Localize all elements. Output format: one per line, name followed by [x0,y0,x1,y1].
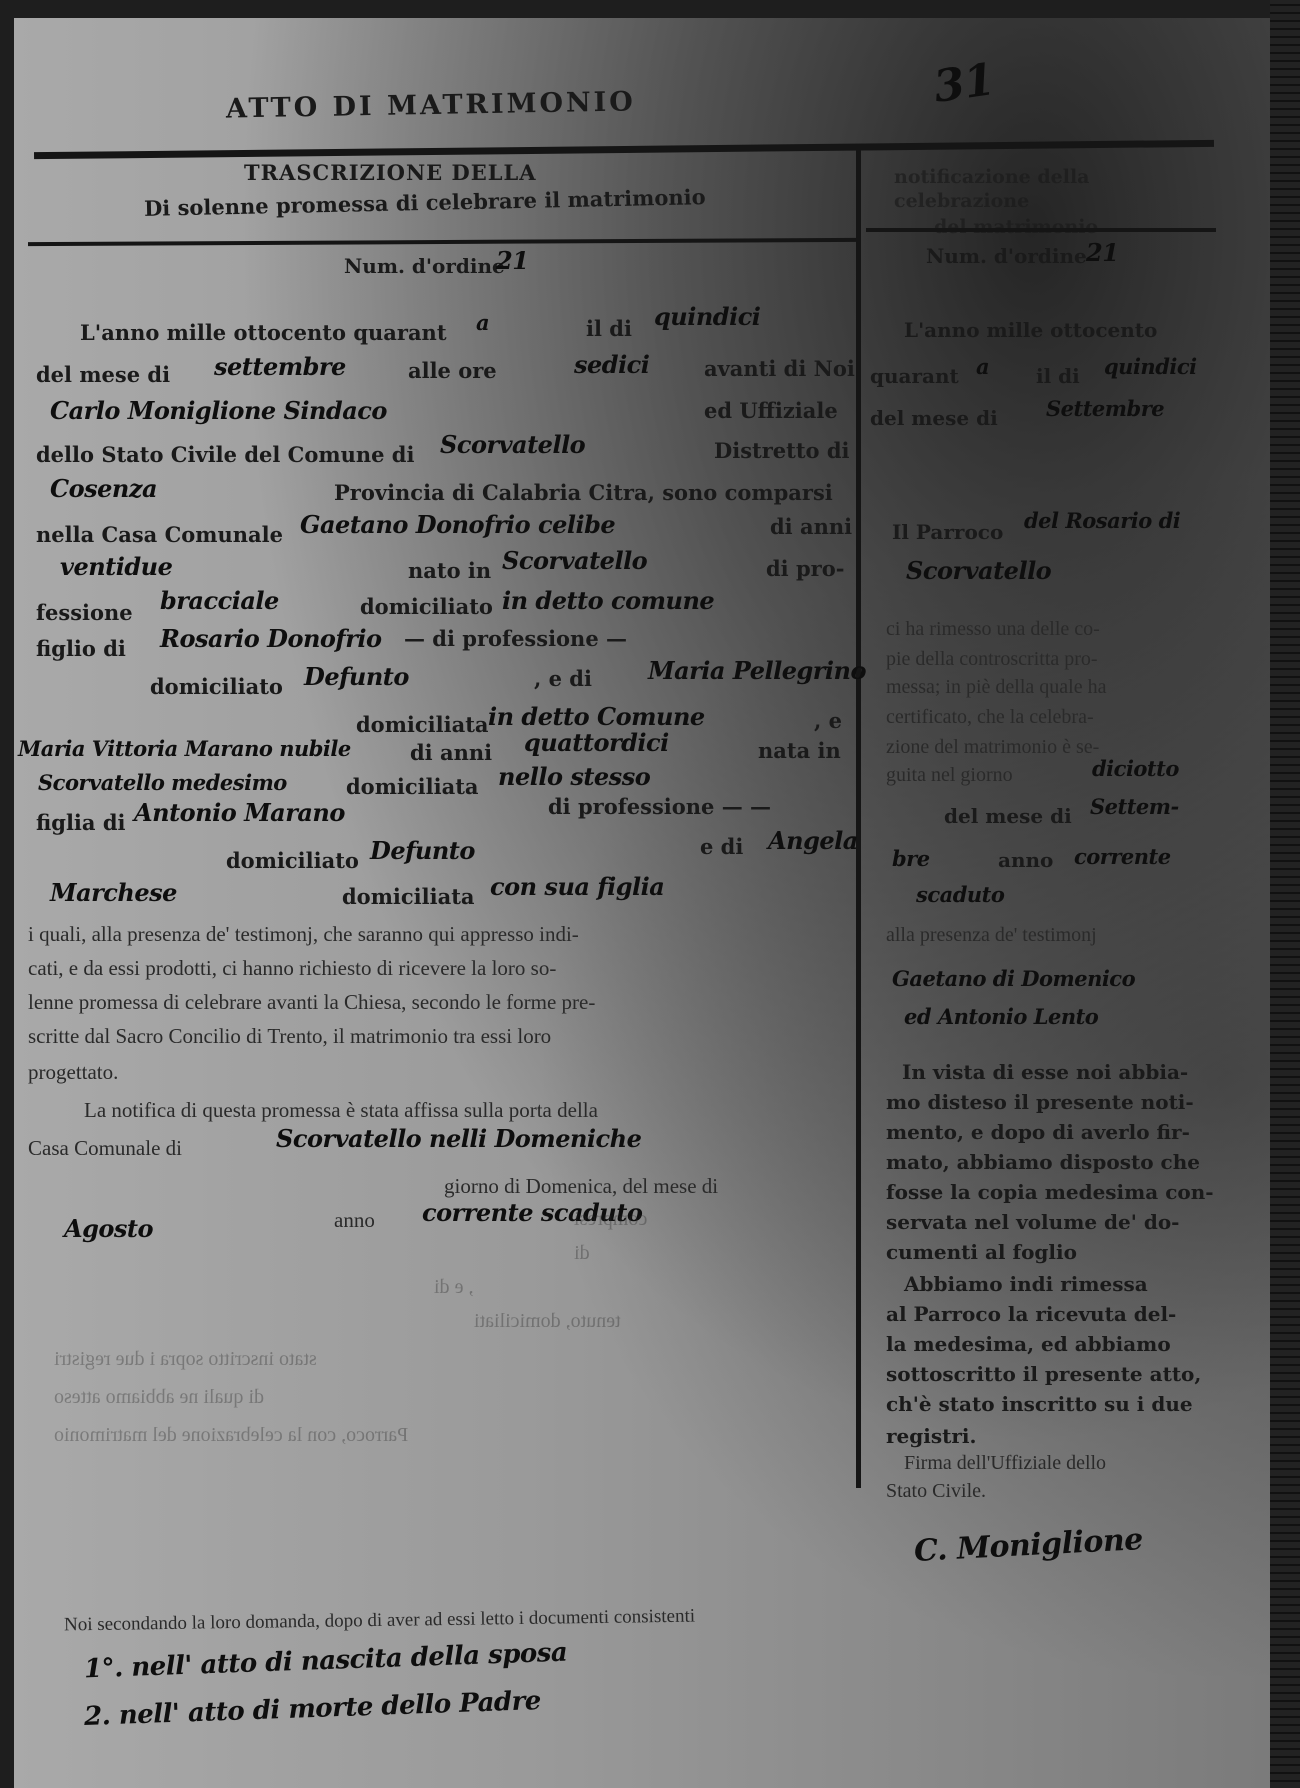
paragraph-line: fosse la copia medesima con- [886,1180,1214,1204]
printed-text: del mese di [870,406,998,430]
printed-text: il di [1036,364,1080,388]
right-heading-rule [866,228,1216,232]
handwritten-entry: Gaetano Donofrio celibe [300,510,615,539]
handwritten-entry: a [976,354,989,379]
bleed-through-text: di quali ne abbiamo atteso [54,1386,264,1409]
handwritten-entry: bracciale [160,586,279,615]
handwritten-entry: Settem- [1090,794,1179,819]
scan-border-right [1270,0,1300,1788]
notification-text: La notifica di questa promessa è stata a… [84,1098,598,1123]
handwritten-entry: ed Antonio Lento [904,1004,1098,1029]
printed-text: del mese di [944,804,1072,828]
bleed-through-text: Parroco, con la celebrazione del matrimo… [54,1424,408,1447]
bleed-through-text: tenuto, domiciliati [474,1310,621,1333]
scan-border-top [0,0,1300,18]
bleed-through-text: stato inscritto sopra i due registri [54,1348,317,1371]
handwritten-entry: Scorvatello [440,430,585,459]
handwritten-entry: Angela [768,826,858,855]
handwritten-entry: Rosario Donofrio [160,624,382,653]
paragraph-line: cati, e da essi prodotti, ci hanno richi… [28,956,556,981]
handwritten-entry: quattordici [524,728,669,757]
handwritten-entry: Cosenza [50,474,157,503]
handwritten-entry: Agosto [64,1214,153,1243]
paragraph-line: ci ha rimesso una delle co- [886,618,1100,641]
printed-text: di anni [410,740,492,765]
paragraph-line: certificato, che la celebra- [886,706,1094,729]
printed-text: anno [998,848,1053,872]
footer-handwritten-line-1: 1°. nell' atto di nascita della sposa [84,1638,568,1685]
printed-text: domiciliata [356,712,489,737]
handwritten-entry: scaduto [916,882,1004,907]
handwritten-entry: quindici [1104,354,1197,379]
paragraph-line: al Parroco la ricevuta del- [886,1302,1176,1326]
paragraph-line: lenne promessa di celebrare avanti la Ch… [28,990,595,1015]
handwritten-entry: con sua figlia [490,872,664,901]
handwritten-entry: quindici [654,302,760,331]
paragraph-line: mo disteso il presente noti- [886,1090,1194,1114]
right-order-number: 21 [1086,238,1118,267]
handwritten-entry: ventidue [60,552,172,581]
paragraph-line: la medesima, ed abbiamo [886,1332,1171,1356]
notification-text: Casa Comunale di [28,1136,182,1161]
printed-text: quarant [870,364,959,388]
handwritten-entry: in detto Comune [488,702,705,731]
printed-text: fessione [36,600,133,625]
paragraph-line: ch'è stato inscritto su i due [886,1392,1193,1416]
printed-text: guita nel giorno [886,764,1013,787]
paragraph-line: i quali, alla presenza de' testimonj, ch… [28,922,579,947]
footer-handwritten-line-2: 2. nell' atto di morte dello Padre [84,1686,542,1732]
handwritten-entry: Antonio Marano [134,798,345,827]
printed-text: e di [700,834,743,859]
printed-text: il di [586,316,632,341]
paragraph-line: zione del matrimonio è se- [886,736,1099,759]
printed-text: L'anno mille ottocento [904,318,1157,342]
handwritten-entry: Scorvatello [502,546,647,575]
handwritten-entry: corrente [1074,844,1171,869]
printed-text: di professione — — [548,794,771,819]
bleed-through-text: di [574,1242,590,1265]
printed-text: avanti di Noi [704,356,855,381]
paragraph-line: mento, e dopo di averlo fir- [886,1120,1190,1144]
printed-text: alle ore [408,358,497,383]
footer-printed-text: Noi secondando la loro domanda, dopo di … [64,1606,695,1637]
handwritten-entry: Maria Vittoria Marano nubile [18,736,351,761]
handwritten-entry: Settembre [1046,396,1164,421]
right-heading-2: celebrazione [894,190,1029,212]
printed-text: del mese di [36,362,170,387]
printed-text: , e [814,708,842,733]
printed-text: di pro- [766,556,844,581]
handwritten-entry: Defunto [370,836,475,865]
column-divider [856,148,861,1488]
handwritten-entry: Scorvatello medesimo [38,770,287,795]
right-heading-3: del matrimonio [934,216,1098,238]
handwritten-entry: del Rosario di [1024,508,1180,533]
printed-text: L'anno mille ottocento quarant [80,320,447,345]
handwritten-entry: Defunto [304,662,409,691]
handwritten-entry: Gaetano di Domenico [892,966,1135,991]
bleed-through-text: compresi [574,1208,647,1231]
handwritten-entry: Maria Pellegrino [648,656,866,685]
paragraph-line: registri. [886,1424,976,1448]
printed-text: domiciliata [342,884,475,909]
handwritten-entry: Scorvatello nelli Domeniche [276,1124,641,1153]
handwritten-entry: diciotto [1092,756,1179,781]
header-rule [34,140,1214,159]
paragraph-line: Stato Civile. [886,1480,986,1503]
paragraph-line: Abbiamo indi rimessa [904,1272,1148,1296]
printed-text: Provincia di Calabria Citra, sono compar… [334,480,833,505]
handwritten-entry: Carlo Moniglione Sindaco [50,396,387,425]
printed-text: ed Uffiziale [704,398,838,423]
printed-text: figlio di [36,636,126,661]
printed-text: domiciliato [150,674,283,699]
printed-text: , e di [534,666,592,691]
page-number-handwritten: 31 [931,54,998,113]
paragraph-line: In vista di esse noi abbia- [902,1060,1188,1084]
right-order-label: Num. d'ordine [926,244,1087,268]
printed-text: domiciliata [346,774,479,799]
paragraph-line: Firma dell'Uffiziale dello [904,1452,1106,1475]
notification-text: giorno di Domenica, del mese di [444,1174,718,1199]
printed-text: Il Parroco [892,520,1003,544]
left-heading-1: TRASCRIZIONE DELLA [244,160,537,185]
handwritten-entry: nello stesso [498,762,650,791]
paragraph-line: pie della controscritta pro- [886,648,1098,671]
handwritten-entry: in detto comune [502,586,714,615]
paragraph-line: sottoscritto il presente atto, [886,1362,1201,1386]
printed-text: — di professione — [404,626,627,651]
printed-text: nella Casa Comunale [36,522,283,547]
handwritten-entry: Scorvatello [906,556,1051,585]
paragraph-line: cumenti al foglio [886,1240,1077,1264]
paragraph-line: progettato. [28,1060,118,1085]
paragraph-line: mato, abbiamo disposto che [886,1150,1200,1174]
handwritten-entry: bre [892,846,930,871]
right-heading-1: notificazione della [894,166,1090,188]
paragraph-line: messa; in piè della quale ha [886,676,1106,699]
handwritten-entry: sedici [574,350,649,379]
printed-text: di anni [770,514,852,539]
document-page: ATTO DI MATRIMONIO 31 TRASCRIZIONE DELLA… [14,18,1286,1788]
printed-text: Distretto di [714,438,850,463]
paragraph-line: scritte dal Sacro Concilio di Trento, il… [28,1024,551,1049]
printed-text: domiciliato [360,594,493,619]
printed-text: alla presenza de' testimonj [886,924,1097,947]
handwritten-entry: a [476,310,489,335]
handwritten-entry: settembre [214,352,346,381]
paragraph-line: servata nel volume de' do- [886,1210,1179,1234]
bleed-through-text: , e di [434,1276,473,1299]
left-heading-rule [28,238,858,246]
official-signature: C. Moniglione [913,1522,1143,1569]
notification-text: anno [334,1208,375,1233]
printed-text: figlia di [36,810,126,835]
printed-text: dello Stato Civile del Comune di [36,442,414,467]
printed-text: nato in [408,558,491,583]
printed-text: domiciliato [226,848,359,873]
left-order-label: Num. d'ordine [344,254,505,278]
left-heading-2: Di solenne promessa di celebrare il matr… [144,184,706,221]
left-order-number: 21 [496,246,528,275]
handwritten-entry: Marchese [50,878,177,907]
document-title: ATTO DI MATRIMONIO [226,86,636,124]
printed-text: nata in [758,738,841,763]
